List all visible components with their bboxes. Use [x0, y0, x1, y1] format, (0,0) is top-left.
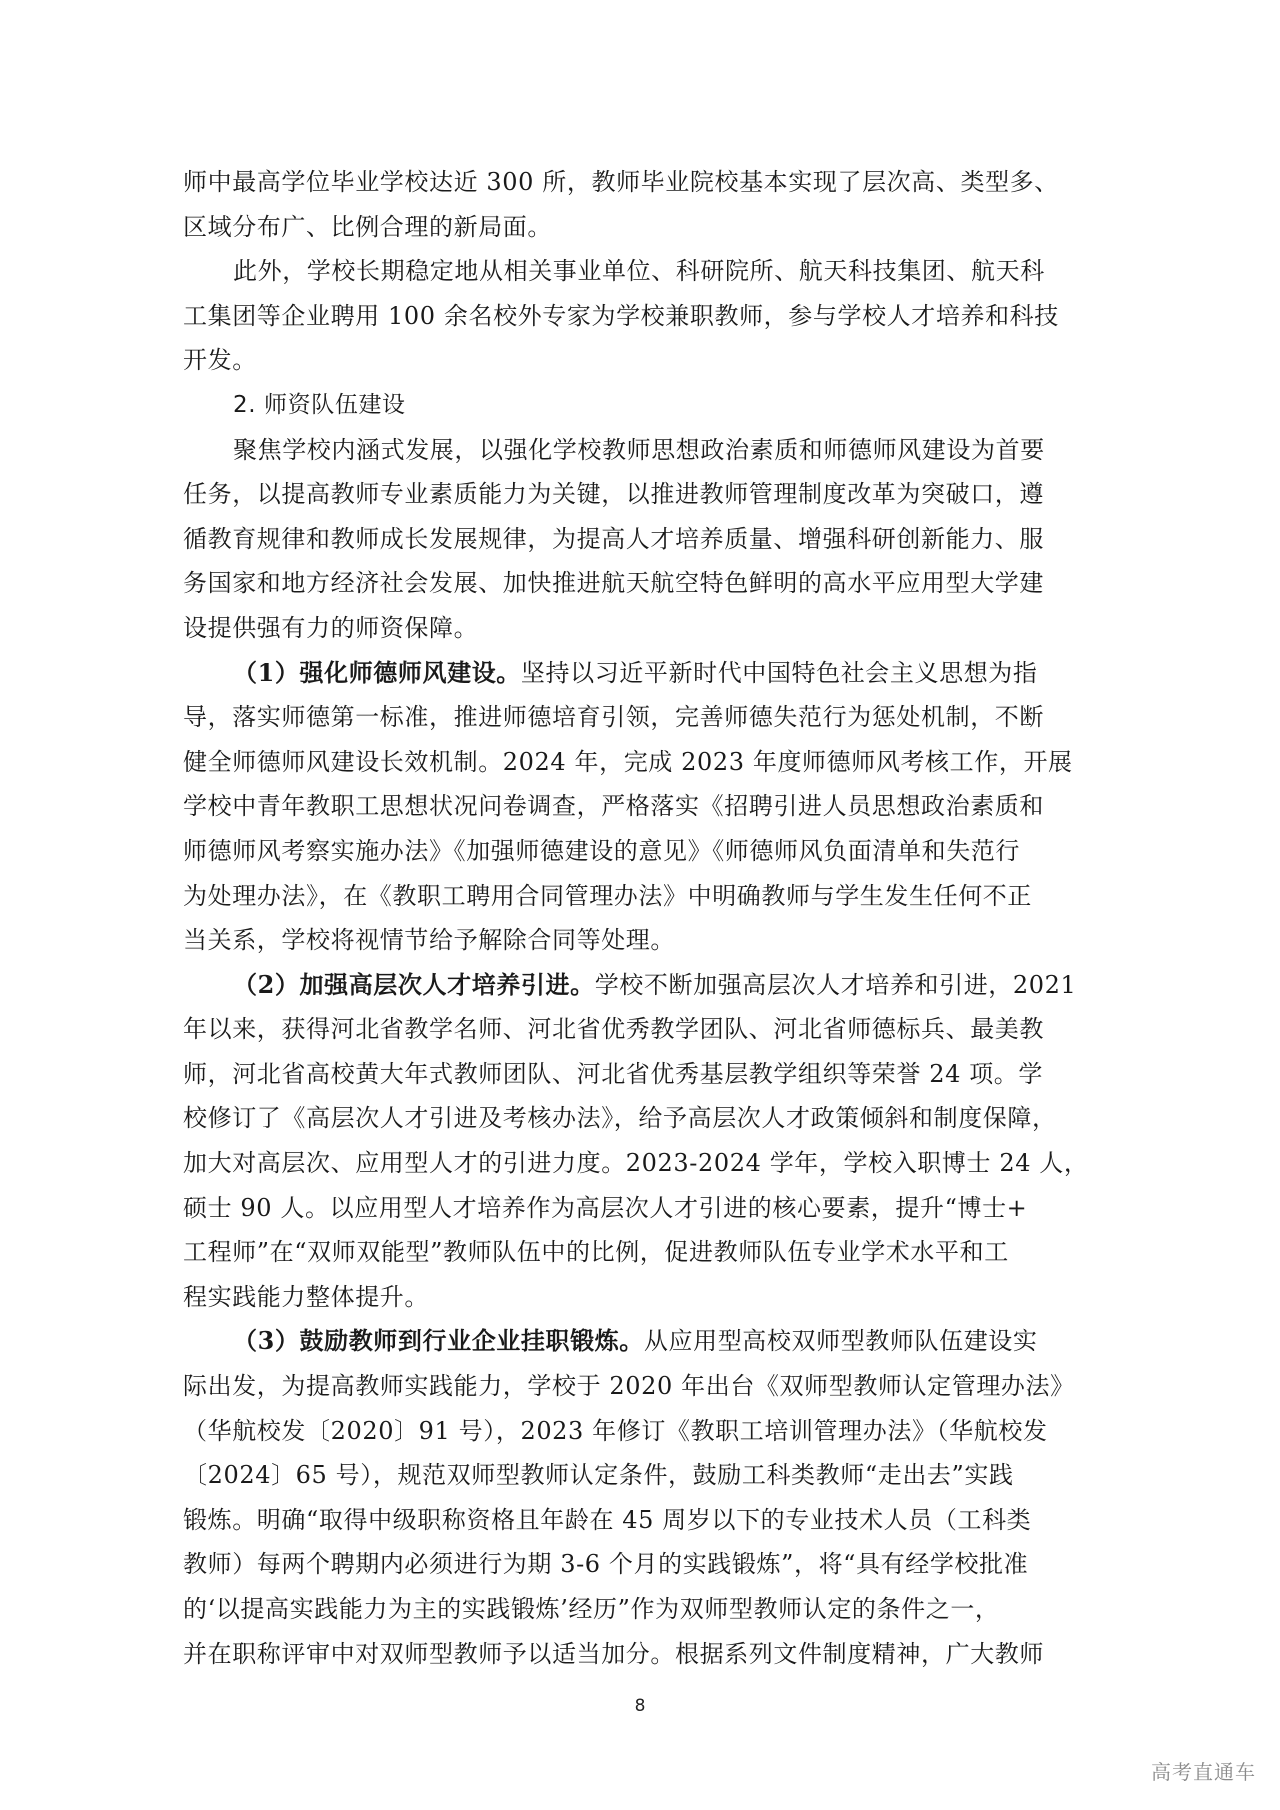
- text-run: 从应用型高校双师型教师队伍建设实: [644, 1327, 1038, 1355]
- text-line: 硕士 90 人。以应用型人才培养作为高层次人才引进的核心要素，提升“博士+: [183, 1186, 1103, 1231]
- text-line: 工程师”在“双师双能型”教师队伍中的比例，促进教师队伍专业学术水平和工: [183, 1230, 1103, 1275]
- paragraph-start: 此外，学校长期稳定地从相关事业单位、科研院所、航天科技集团、航天科: [183, 249, 1103, 294]
- text-line: 加大对高层次、应用型人才的引进力度。2023-2024 学年，学校入职博士 24…: [183, 1141, 1103, 1186]
- text-line: 校修订了《高层次人才引进及考核办法》，给予高层次人才政策倾斜和制度保障，: [183, 1096, 1103, 1141]
- text-line: 设提供强有力的师资保障。: [183, 606, 1103, 651]
- text-line: 工集团等企业聘用 100 余名校外专家为学校兼职教师，参与学校人才培养和科技: [183, 294, 1103, 339]
- paragraph-start: （2）加强高层次人才培养引进。学校不断加强高层次人才培养和引进，2021: [183, 963, 1103, 1008]
- text-line: 健全师德师风建设长效机制。2024 年，完成 2023 年度师德师风考核工作，开…: [183, 740, 1103, 785]
- text-line: 导，落实师德第一标准，推进师德培育引领，完善师德失范行为惩处机制，不断: [183, 695, 1103, 740]
- paragraph-start: （1）强化师德师风建设。坚持以习近平新时代中国特色社会主义思想为指: [183, 651, 1103, 696]
- text-line: 当关系，学校将视情节给予解除合同等处理。: [183, 918, 1103, 963]
- text-line: 学校中青年教职工思想状况问卷调查，严格落实《招聘引进人员思想政治素质和: [183, 784, 1103, 829]
- text-line: 锻炼。明确“取得中级职称资格且年龄在 45 周岁以下的专业技术人员（工科类: [183, 1498, 1103, 1543]
- section-heading: 2. 师资队伍建设: [183, 383, 1103, 428]
- subsection-title: （2）加强高层次人才培养引进。: [233, 970, 595, 999]
- text-line: 开发。: [183, 338, 1103, 383]
- text-line: 程实践能力整体提升。: [183, 1275, 1103, 1320]
- text-run: 坚持以习近平新时代中国特色社会主义思想为指: [521, 659, 1038, 687]
- subsection-title: （3）鼓励教师到行业企业挂职锻炼。: [233, 1326, 644, 1355]
- text-line: 师德师风考察实施办法》《加强师德建设的意见》《师德师风负面清单和失范行: [183, 829, 1103, 874]
- paragraph-start: （3）鼓励教师到行业企业挂职锻炼。从应用型高校双师型教师队伍建设实: [183, 1319, 1103, 1364]
- text-line: 年以来，获得河北省教学名师、河北省优秀教学团队、河北省师德标兵、最美教: [183, 1007, 1103, 1052]
- text-line: 任务，以提高教师专业素质能力为关键，以推进教师管理制度改革为突破口，遵: [183, 472, 1103, 517]
- text-line: 的‘以提高实践能力为主的实践锻炼’经历”作为双师型教师认定的条件之一，: [183, 1587, 1103, 1632]
- text-line: （华航校发〔2020〕91 号），2023 年修订《教职工培训管理办法》（华航校…: [183, 1409, 1103, 1454]
- text-line: 为处理办法》，在《教职工聘用合同管理办法》中明确教师与学生发生任何不正: [183, 874, 1103, 919]
- text-line: 循教育规律和教师成长发展规律，为提高人才培养质量、增强科研创新能力、服: [183, 517, 1103, 562]
- text-line: 区域分布广、比例合理的新局面。: [183, 205, 1103, 250]
- text-line: 并在职称评审中对双师型教师予以适当加分。根据系列文件制度精神，广大教师: [183, 1632, 1103, 1677]
- document-page: 师中最高学位毕业学校达近 300 所，教师毕业院校基本实现了层次高、类型多、 区…: [0, 0, 1280, 1810]
- subsection-title: （1）强化师德师风建设。: [233, 658, 521, 687]
- text-line: 师中最高学位毕业学校达近 300 所，教师毕业院校基本实现了层次高、类型多、: [183, 160, 1103, 205]
- text-line: 教师）每两个聘期内必须进行为期 3-6 个月的实践锻炼”，将“具有经学校批准: [183, 1542, 1103, 1587]
- document-body: 师中最高学位毕业学校达近 300 所，教师毕业院校基本实现了层次高、类型多、 区…: [183, 160, 1103, 1676]
- paragraph-start: 聚焦学校内涵式发展，以强化学校教师思想政治素质和师德师风建设为首要: [183, 428, 1103, 473]
- text-line: 际出发，为提高教师实践能力，学校于 2020 年出台《双师型教师认定管理办法》: [183, 1364, 1103, 1409]
- text-line: 〔2024〕65 号），规范双师型教师认定条件，鼓励工科类教师“走出去”实践: [183, 1453, 1103, 1498]
- text-line: 务国家和地方经济社会发展、加快推进航天航空特色鲜明的高水平应用型大学建: [183, 561, 1103, 606]
- text-line: 师，河北省高校黄大年式教师团队、河北省优秀基层教学组织等荣誉 24 项。学: [183, 1052, 1103, 1097]
- page-number: 8: [0, 1696, 1280, 1716]
- watermark: 高考直通车: [1151, 1756, 1256, 1785]
- text-run: 学校不断加强高层次人才培养和引进，2021: [595, 971, 1077, 999]
